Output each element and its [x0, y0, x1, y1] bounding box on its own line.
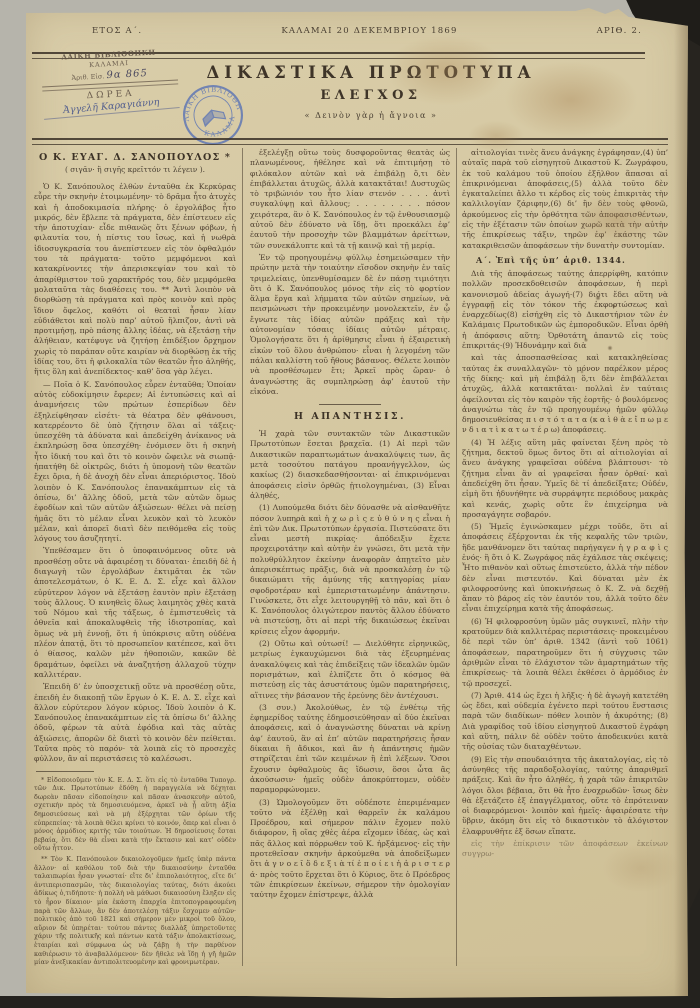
body-paragraph: (5) Ἡμεῖς ἐγινώσκαμεν μέχρι τοῦδε, ὅτι α…	[462, 522, 668, 615]
body-paragraph: αἰτιολογίαι τινὲς ἄνευ ἀνάγκης ἐγράφησαν…	[462, 148, 668, 251]
body-paragraph: (3) Ὡμολογοῦμεν ὅτι οὐδέποτε ἐπεριμέναμε…	[250, 798, 450, 901]
scan-background-bottom	[0, 996, 700, 1008]
body-paragraph: Ἐν τῷ προηγουμένῳ φύλλῳ ἐσημειώσαμεν τὴν…	[250, 253, 450, 397]
column-divider-1	[242, 148, 243, 966]
footnote-paragraph: ** Τὸν Κ. Πανόπουλον δικαιολογοῦμεν ἡμεῖ…	[34, 855, 236, 966]
column-1-body: Ὁ Κ. Σανόπουλος ἐλθὼν ἐνταῦθα ἐκ Κερκύρα…	[34, 182, 236, 765]
intake-label: Ἀριθ. Εἰσ.	[71, 72, 104, 82]
body-paragraph: (6) Ἡ φιλοφροσύνη ὑμῶν μᾶς συγκινεῖ, πλὴ…	[462, 617, 668, 689]
column-2-body: Ἡ χαρὰ τῶν συντακτῶν τῶν Δικαστικῶν Πρωτ…	[250, 429, 450, 900]
body-paragraph: (4) Ἡ λέξις αὕτη μᾶς φαίνεται ξένη πρὸς …	[462, 438, 668, 520]
newspaper-page: ΕΤΟΣ Α΄. ΚΑΛΑΜΑΙ 20 ΔΕΚΕΜΒΡΙΟΥ 1869 ΑΡΙΘ…	[26, 8, 688, 998]
column-2: ἐξελέγξῃ οὕτω τοὺς δυσφοροῦντας θεατὰς ὡ…	[250, 148, 450, 966]
faded-last-line: εἰς τὴν ἐπίκρισιν τῶν ἀποφάσεων ἐκείνων …	[462, 839, 668, 860]
column-1: Ο Κ. ΕΥΑΓ. Δ. ΣΑΝΟΠΟΥΛΟΣ * ( σιγᾶν· ἢ σι…	[34, 148, 236, 966]
article-epigraph: ( σιγᾶν· ἢ σιγῆς κρεῖττόν τι λέγειν ).	[34, 165, 236, 174]
book-icon	[201, 107, 225, 126]
body-paragraph: Ἐπειδὴ δ’ ἐν ὑποσχετικῇ οὔτε νὰ προσθέσῃ…	[34, 682, 236, 764]
body-paragraph: Ὁ Κ. Σανόπουλος ἐλθὼν ἐνταῦθα ἐκ Κερκύρα…	[34, 182, 236, 378]
answer-section-rule	[319, 404, 381, 405]
column-3: αἰτιολογίαι τινὲς ἄνευ ἀνάγκης ἐγράφησαν…	[462, 148, 668, 966]
date-label: ΚΑΛΑΜΑΙ 20 ΔΕΚΕΜΒΡΙΟΥ 1869	[281, 26, 457, 36]
issue-number-label: ΑΡΙΘ. 2.	[597, 26, 642, 36]
article-heading: Ο Κ. ΕΥΑΓ. Δ. ΣΑΝΟΠΟΥΛΟΣ *	[34, 152, 236, 163]
body-paragraph: ἐξελέγξῃ οὕτω τοὺς δυσφοροῦντας θεατὰς ὡ…	[250, 148, 450, 251]
body-paragraph: (3 συν.) Ἀκολούθως, ἐν τῷ ἐνθέτῳ τῆς ἐφη…	[250, 703, 450, 796]
body-paragraph: Ἡ χαρὰ τῶν συντακτῶν τῶν Δικαστικῶν Πρωτ…	[250, 429, 450, 501]
column-2-lead: ἐξελέγξῃ οὕτω τοὺς δυσφοροῦντας θεατὰς ὡ…	[250, 148, 450, 397]
body-paragraph: (9) Εἰς τὴν σπουδαιότητα τῆς ἀκαταλογίας…	[462, 755, 668, 837]
body-paragraph: Ὑπεθέσαμεν ὅτι ὁ ὑποφαινόμενος οὔτε νὰ π…	[34, 546, 236, 680]
body-paragraph: — Ποῖα ὁ Κ. Σανόπουλος εὗρεν ἐνταῦθα; Ὁπ…	[34, 380, 236, 545]
section-number-line: Α΄. Ἐπὶ τῆς ὑπ’ ἀριθ. 1344.	[462, 255, 668, 265]
footnote-rule	[36, 771, 94, 772]
body-paragraph: (2) Οὕτω καὶ οὑτωσί! — Διελύθητε εἰρηνικ…	[250, 639, 450, 701]
dateline: ΕΤΟΣ Α΄. ΚΑΛΑΜΑΙ 20 ΔΕΚΕΜΒΡΙΟΥ 1869 ΑΡΙΘ…	[26, 26, 688, 36]
newspaper-title: ΔΙΚΑΣΤΙΚΑ ΠΡΩΤΟΤΥΠΑ	[136, 63, 606, 82]
body-paragraph: (7) Ἀριθ. 414 ὡς ἔχει ἡ λῆξις· ἡ δὲ ἀγωγ…	[462, 691, 668, 753]
body-paragraph: Διὰ τῆς ἀποφάσεως ταύτης ἀπερρίφθη, κατό…	[462, 269, 668, 351]
answer-heading: Η ΑΠΑΝΤΗΣΙΣ.	[250, 411, 450, 422]
body-paragraph: καὶ τὰς ἀποσπασθείσας καὶ κατακληθείσας …	[462, 353, 668, 435]
column-1-footnotes: * Εἰδοποιοῦμεν τὸν Κ. Ε. Δ. Σ. ὅτι εἰς τ…	[34, 776, 236, 966]
body-paragraph: (1) Λυπούμεθα διότι δὲν δύνασθε νὰ αἰσθα…	[250, 503, 450, 637]
masthead-rule	[32, 138, 668, 145]
footnote-paragraph: * Εἰδοποιοῦμεν τὸν Κ. Ε. Δ. Σ. ὅτι εἰς τ…	[34, 776, 236, 853]
column-3-body: Διὰ τῆς ἀποφάσεως ταύτης ἀπερρίφθη, κατό…	[462, 269, 668, 837]
column-3-top: αἰτιολογίαι τινὲς ἄνευ ἀνάγκης ἐγράφησαν…	[462, 148, 668, 251]
column-divider-2	[456, 148, 457, 966]
year-label: ΕΤΟΣ Α΄.	[92, 26, 142, 36]
